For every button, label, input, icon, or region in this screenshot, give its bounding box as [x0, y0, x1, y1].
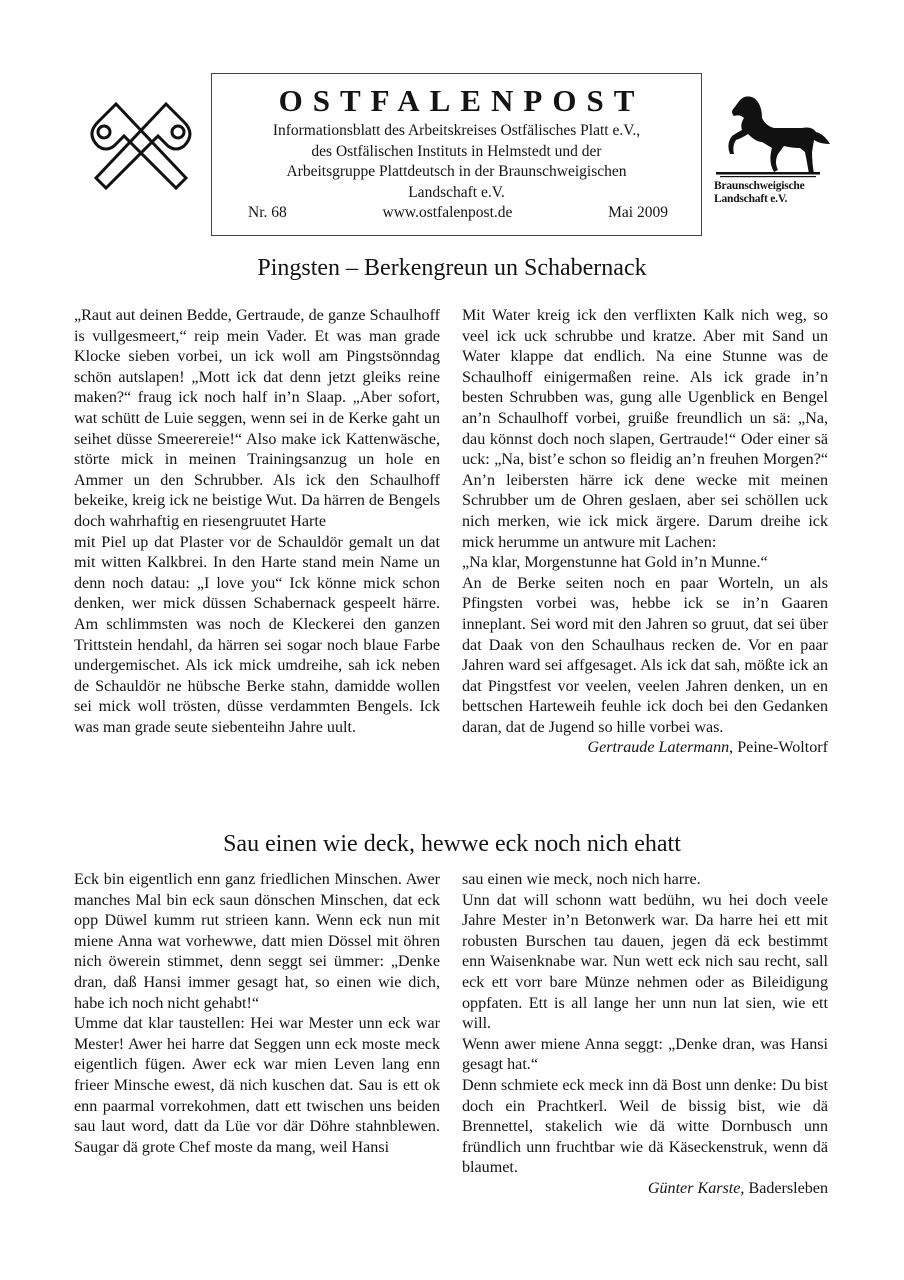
masthead: OSTFALENPOST Informationsblatt des Arbei… [211, 73, 702, 236]
article-2-left-column: Eck bin eigentlich enn ganz friedlichen … [74, 870, 440, 1158]
newsletter-title: OSTFALENPOST [212, 83, 701, 119]
newsletter-subtitle: Informationsblatt des Arbeitskreises Ost… [212, 121, 701, 203]
paragraph: sau einen wie meck, noch nich harre. [462, 870, 828, 891]
issue-date: Mai 2009 [608, 203, 668, 223]
horse-icon [712, 92, 832, 178]
author-place: , Peine-Woltorf [729, 739, 828, 756]
paragraph: „Na klar, Morgenstunne hat Gold in’n Mun… [462, 553, 828, 574]
article-title: Pingsten – Berkengreun un Schabernack [0, 254, 904, 282]
issue-meta: Nr. 68 www.ostfalenpost.de Mai 2009 [212, 203, 701, 223]
subtitle-line: des Ostfälischen Instituts in Helmstedt … [212, 142, 701, 163]
subtitle-line: Informationsblatt des Arbeitskreises Ost… [212, 121, 701, 142]
byline: Gertraude Latermann, Peine-Woltorf [462, 738, 828, 759]
paragraph: Umme dat klar taustellen: Hei war Mester… [74, 1014, 440, 1158]
caption-line: Landschaft e.V. [714, 193, 805, 206]
issue-number: Nr. 68 [248, 203, 287, 223]
subtitle-line: Landschaft e.V. [212, 183, 701, 204]
author-name: Günter Karste [648, 1180, 741, 1197]
article-title: Sau einen wie deck, hewwe eck noch nich … [0, 830, 904, 858]
braunschweigische-landschaft-logo: Braunschweigische Landschaft e.V. [712, 92, 832, 222]
article-1-left-column: „Raut aut deinen Bedde, Gertraude, de ga… [74, 306, 440, 738]
author-name: Gertraude Latermann [587, 739, 729, 756]
article-2-right-column: sau einen wie meck, noch nich harre. Unn… [462, 870, 828, 1200]
paragraph: Denn schmiete eck meck inn dä Bost unn d… [462, 1076, 828, 1179]
logo-caption: Braunschweigische Landschaft e.V. [714, 180, 805, 206]
paragraph: mit Piel up dat Plaster vor de Schauldör… [74, 533, 440, 739]
paragraph: „Raut aut deinen Bedde, Gertraude, de ga… [74, 306, 440, 533]
website-link[interactable]: www.ostfalenpost.de [383, 203, 513, 223]
subtitle-line: Arbeitsgruppe Plattdeutsch in der Brauns… [212, 162, 701, 183]
article-1-right-column: Mit Water kreig ick den verflixten Kalk … [462, 306, 828, 759]
crossed-keys-logo [80, 96, 202, 196]
paragraph: Unn dat will schonn watt bedühn, wu hei … [462, 891, 828, 1035]
paragraph: Mit Water kreig ick den verflixten Kalk … [462, 306, 828, 553]
paragraph: An de Berke seiten noch en paar Worteln,… [462, 574, 828, 739]
caption-line: Braunschweigische [714, 180, 805, 193]
byline: Günter Karste, Badersleben [462, 1179, 828, 1200]
crossed-keys-icon [80, 96, 202, 196]
paragraph: Eck bin eigentlich enn ganz friedlichen … [74, 870, 440, 1014]
paragraph: Wenn awer miene Anna seggt: „Denke dran,… [462, 1035, 828, 1076]
author-place: , Badersleben [740, 1180, 828, 1197]
